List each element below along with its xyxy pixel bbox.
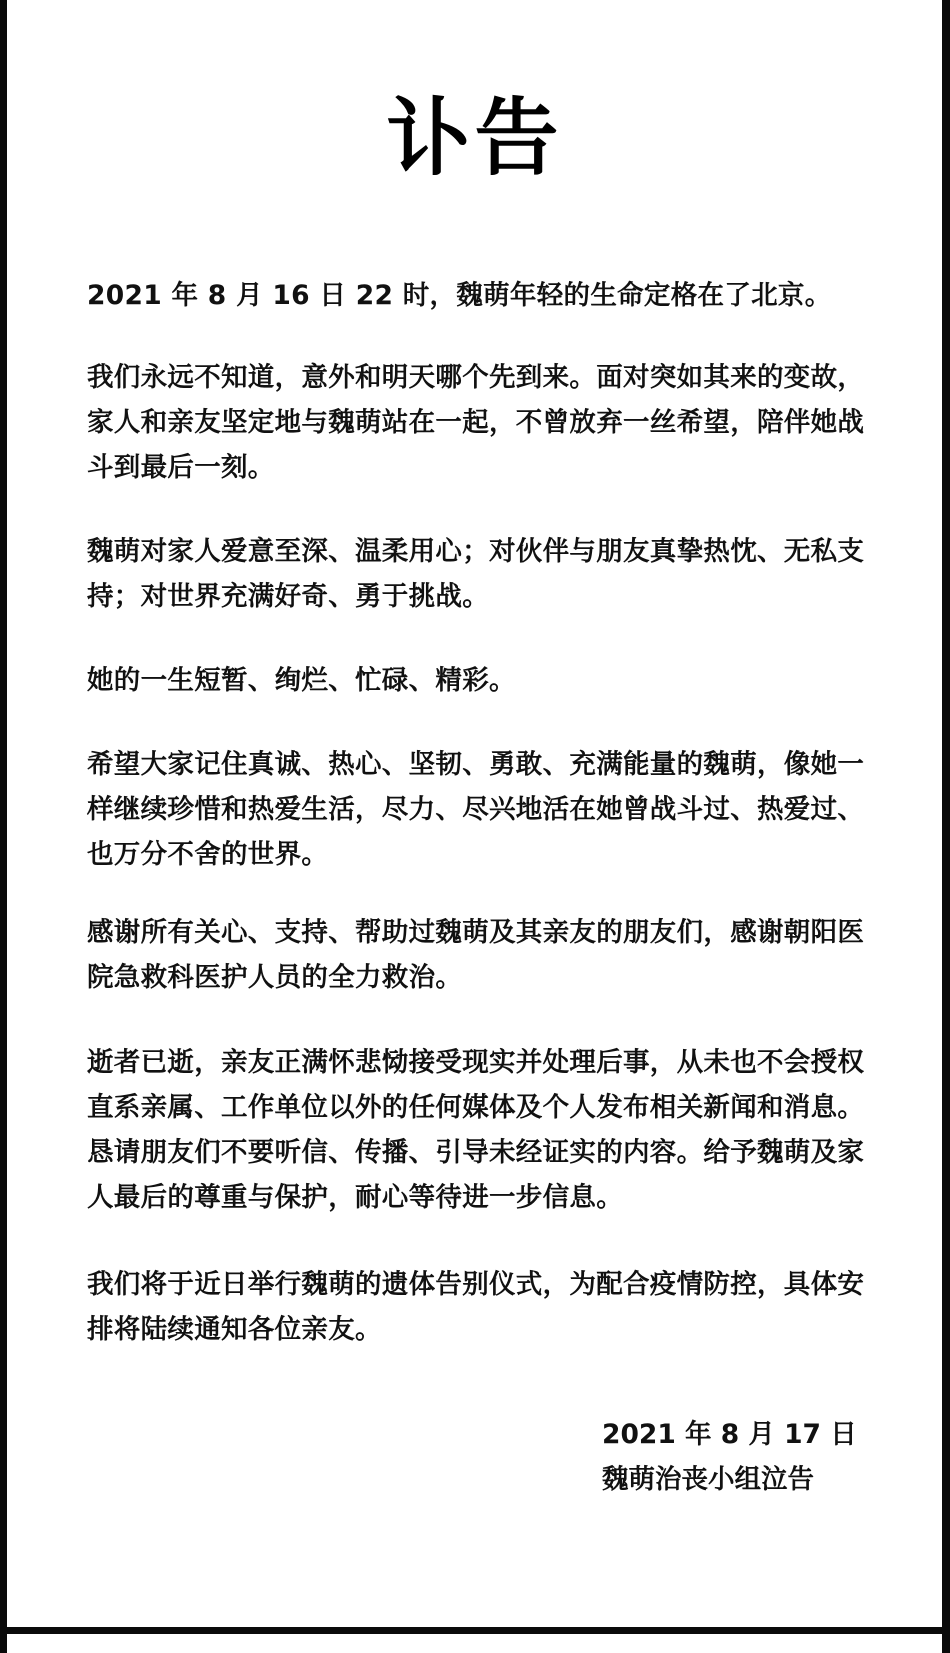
paragraph-privacy-request: 逝者已逝，亲友正满怀悲恸接受现实并处理后事，从未也不会授权直系亲属、工作单位以外…	[87, 1040, 887, 1220]
paragraph-farewell-ceremony: 我们将于近日举行魏萌的遗体告别仪式，为配合疫情防控，具体安排将陆续通知各位亲友。	[87, 1262, 887, 1352]
document-title: 讣告	[7, 88, 942, 188]
paragraph-date-of-death: 2021 年 8 月 16 日 22 时，魏萌年轻的生命定格在了北京。	[87, 273, 887, 318]
left-border	[0, 0, 7, 1653]
obituary-page: 讣告 2021 年 8 月 16 日 22 时，魏萌年轻的生命定格在了北京。 我…	[7, 0, 942, 1627]
paragraph-character: 魏萌对家人爱意至深、温柔用心；对伙伴与朋友真挚热忱、无私支持；对世界充满好奇、勇…	[87, 529, 887, 619]
paragraph-life-summary: 她的一生短暂、绚烂、忙碌、精彩。	[87, 658, 887, 703]
right-border	[942, 0, 950, 1653]
paragraph-thanks: 感谢所有关心、支持、帮助过魏萌及其亲友的朋友们，感谢朝阳医院急救科医护人员的全力…	[87, 910, 887, 1000]
signature-author: 魏萌治丧小组泣告	[602, 1457, 862, 1502]
bottom-border	[0, 1627, 950, 1634]
signature-block: 2021 年 8 月 17 日 魏萌治丧小组泣告	[602, 1412, 862, 1502]
paragraph-remember: 希望大家记住真诚、热心、坚韧、勇敢、充满能量的魏萌，像她一样继续珍惜和热爱生活，…	[87, 742, 887, 877]
paragraph-family-support: 我们永远不知道，意外和明天哪个先到来。面对突如其来的变故，家人和亲友坚定地与魏萌…	[87, 355, 887, 490]
signature-date: 2021 年 8 月 17 日	[602, 1412, 862, 1457]
